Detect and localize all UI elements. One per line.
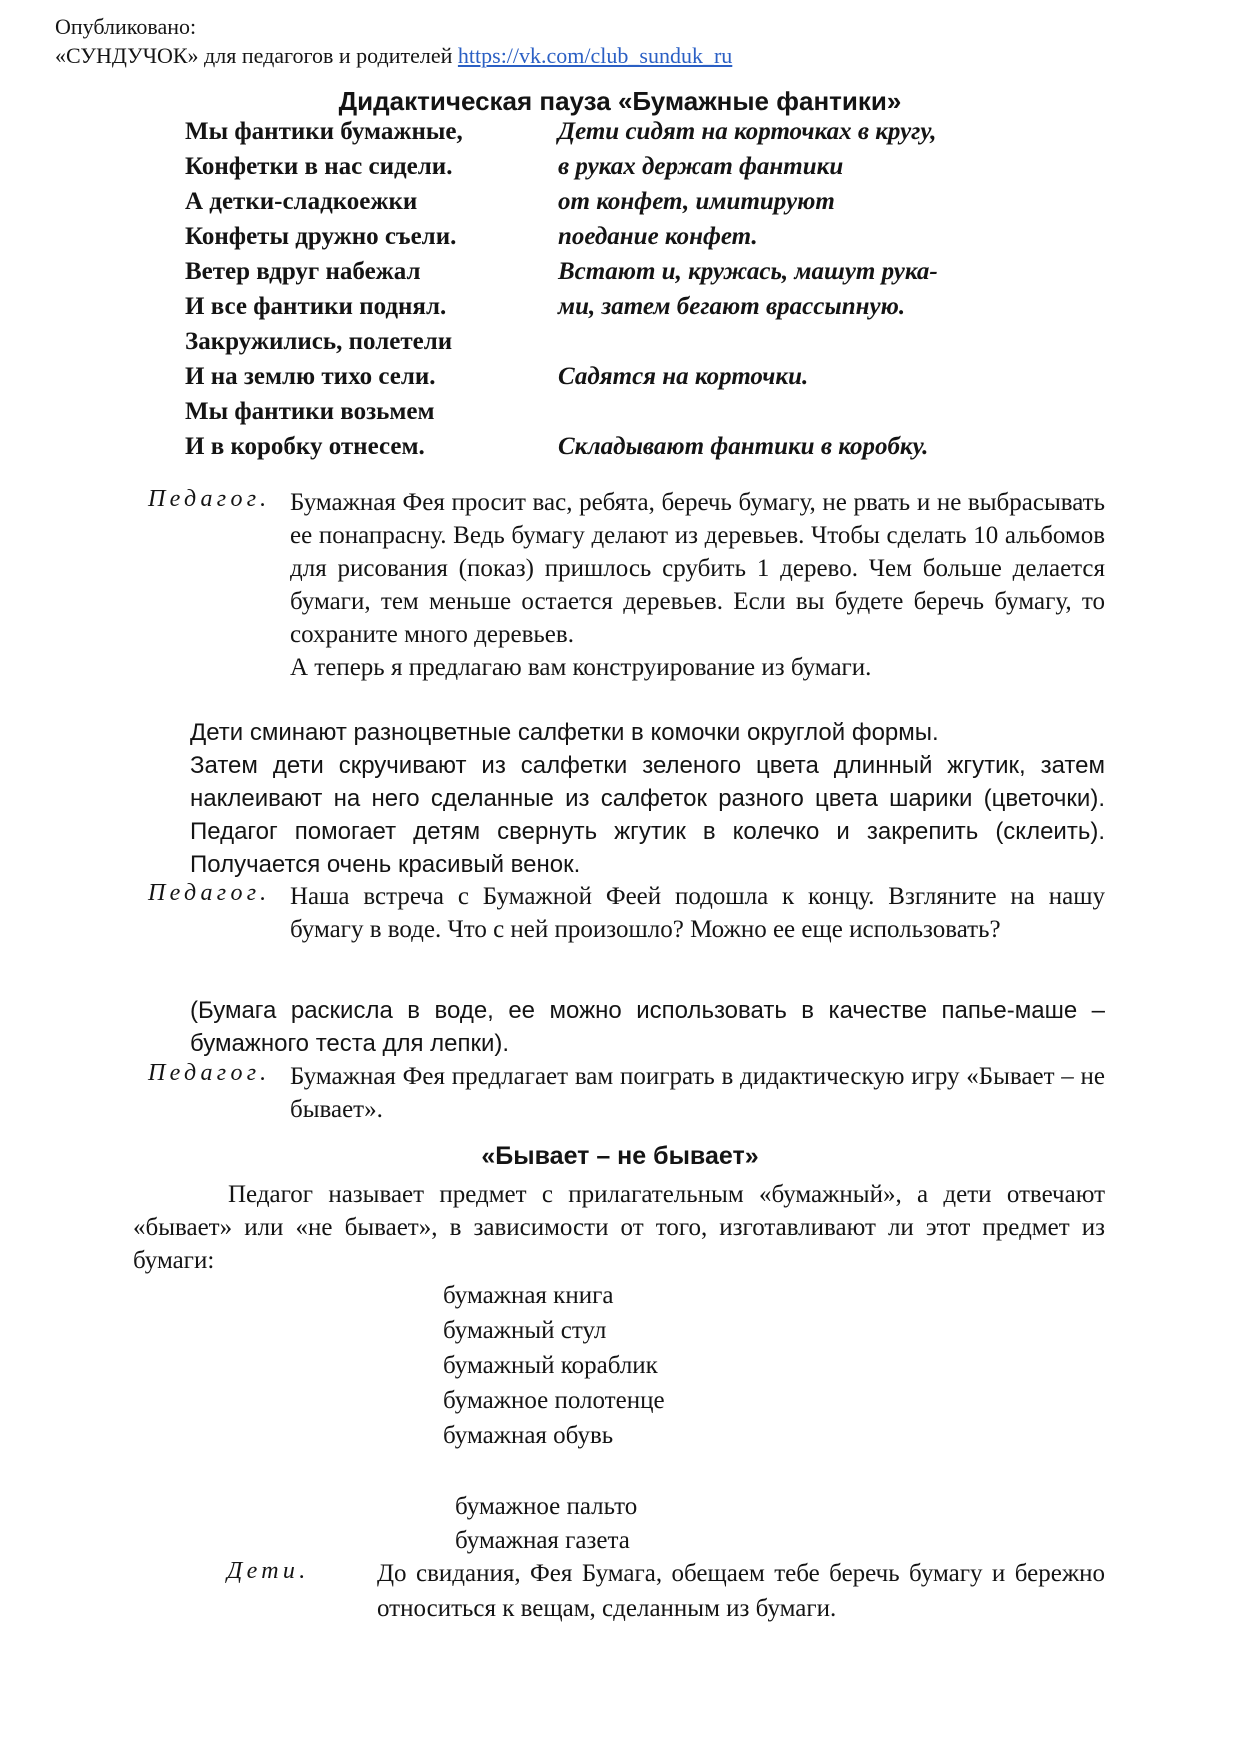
poem-line: И на землю тихо сели. [185,363,558,398]
speech-paragraph: А теперь я предлагаю вам конструирование… [290,651,1105,684]
narration-paragraph: Дети сминают разноцветные салфетки в ком… [190,716,1105,749]
poem-line: Мы фантики бумажные, [185,118,558,153]
game-items-list-1: бумажная книга бумажный стул бумажный ко… [443,1278,665,1453]
poem-action [558,328,1105,363]
poem-line: Закружились, полетели [185,328,558,363]
narration-paragraph: (Бумага раскисла в воде, ее можно исполь… [190,994,1105,1060]
poem-row: Конфетки в нас сидели. в руках держат фа… [185,153,1105,188]
game-item: бумажная газета [455,1524,637,1558]
page-title: Дидактическая пауза «Бумажные фантики» [0,86,1240,117]
game-item: бумажное пальто [455,1490,637,1524]
game-intro: Педагог называет предмет с прилагательны… [133,1178,1105,1277]
poem-row: И в коробку отнесем. Складывают фантики … [185,433,1105,468]
game-item: бумажная обувь [443,1418,665,1453]
poem-action: Встают и, кружась, машут рука- [558,258,1105,293]
teacher-speech-1: Бумажная Фея просит вас, ребята, беречь … [290,486,1105,684]
poem-block: Мы фантики бумажные, Дети сидят на корто… [185,118,1105,468]
poem-row: И все фантики поднял. ми, затем бегают в… [185,293,1105,328]
poem-line: Конфеты дружно съели. [185,223,558,258]
game-item: бумажный стул [443,1313,665,1348]
speech-paragraph: Наша встреча с Бумажной Феей подошла к к… [290,880,1105,946]
poem-action: Садятся на корточки. [558,363,1105,398]
source-line: «СУНДУЧОК» для педагогов и родителей htt… [55,41,732,70]
poem-line: И все фантики поднял. [185,293,558,328]
scanned-document-page: Опубликовано: «СУНДУЧОК» для педагогов и… [0,0,1240,1754]
poem-row: Ветер вдруг набежал Встают и, кружась, м… [185,258,1105,293]
poem-action: поедание конфет. [558,223,1105,258]
publication-header: Опубликовано: «СУНДУЧОК» для педагогов и… [55,12,732,70]
poem-row: И на землю тихо сели. Садятся на корточк… [185,363,1105,398]
teacher-speech-2: Наша встреча с Бумажной Феей подошла к к… [290,880,1105,946]
poem-action: ми, затем бегают врассыпную. [558,293,1105,328]
children-reply: До свидания, Фея Бумага, обещаем тебе бе… [377,1556,1105,1626]
narration-1: Дети сминают разноцветные салфетки в ком… [190,716,1105,881]
poem-row: Конфеты дружно съели. поедание конфет. [185,223,1105,258]
poem-action: Складывают фантики в коробку. [558,433,1105,468]
game-item: бумажное полотенце [443,1383,665,1418]
published-line: Опубликовано: [55,12,732,41]
poem-row: А детки-сладкоежки от конфет, имитируют [185,188,1105,223]
narration-paragraph: Затем дети скручивают из салфетки зелено… [190,749,1105,881]
poem-row: Мы фантики возьмем [185,398,1105,433]
narration-2: (Бумага раскисла в воде, ее можно исполь… [190,994,1105,1060]
speech-paragraph: Бумажная Фея предлагает вам поиграть в д… [290,1060,1105,1126]
poem-line: А детки-сладкоежки [185,188,558,223]
game-heading: «Бывает – не бывает» [0,1142,1240,1171]
speaker-label-teacher: Педагог. [148,880,271,907]
poem-line: Ветер вдруг набежал [185,258,558,293]
teacher-speech-3: Бумажная Фея предлагает вам поиграть в д… [290,1060,1105,1126]
club-link[interactable]: https://vk.com/club_sunduk_ru [458,43,732,68]
source-prefix: «СУНДУЧОК» для педагогов и родителей [55,43,458,68]
poem-line: Конфетки в нас сидели. [185,153,558,188]
poem-row: Мы фантики бумажные, Дети сидят на корто… [185,118,1105,153]
poem-row: Закружились, полетели [185,328,1105,363]
game-item: бумажная книга [443,1278,665,1313]
poem-action [558,398,1105,433]
game-item: бумажный кораблик [443,1348,665,1383]
speaker-label-teacher: Педагог. [148,486,271,513]
poem-action: Дети сидят на корточках в кругу, [558,118,1105,153]
poem-line: Мы фантики возьмем [185,398,558,433]
game-items-list-2: бумажное пальто бумажная газета [455,1490,637,1558]
speech-paragraph: Бумажная Фея просит вас, ребята, беречь … [290,486,1105,651]
speaker-label-teacher: Педагог. [148,1060,271,1087]
poem-action: от конфет, имитируют [558,188,1105,223]
poem-line: И в коробку отнесем. [185,433,558,468]
poem-action: в руках держат фантики [558,153,1105,188]
speaker-label-children: Дети. [227,1558,310,1585]
